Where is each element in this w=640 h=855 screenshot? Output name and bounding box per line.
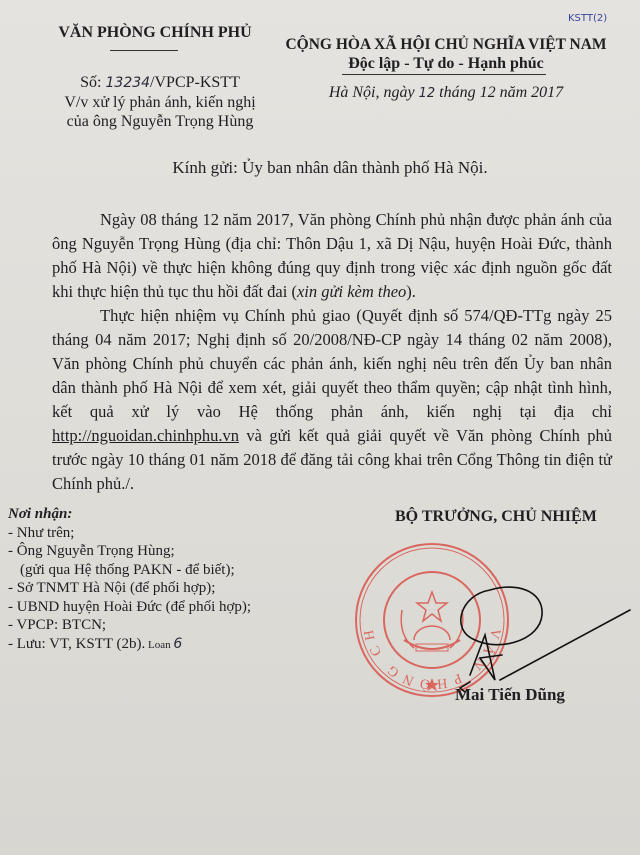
document-number-prefix: Số: (80, 74, 105, 91)
date-day-handwritten: 12 (419, 86, 436, 101)
header-divider-left (110, 50, 178, 51)
distribution-list: Nơi nhận: - Như trên; - Ông Nguyễn Trọng… (8, 505, 328, 654)
archive-copies-handwritten: 6 (173, 636, 182, 652)
signature-icon (430, 570, 640, 700)
addressee-line: Kính gửi: Ủy ban nhân dân thành phố Hà N… (30, 158, 630, 178)
body-paragraph-1: Ngày 08 tháng 12 năm 2017, Văn phòng Chí… (52, 208, 612, 304)
portal-link[interactable]: http://nguoidan.chinhphu.vn (52, 426, 239, 445)
distribution-item: - VPCP: BTCN; (8, 616, 328, 635)
date-suffix: tháng 12 năm 2017 (435, 84, 563, 101)
paragraph-1-attachment-note: xin gửi kèm theo (297, 282, 406, 301)
distribution-item: - UBND huyện Hoài Đức (để phối hợp); (8, 598, 328, 617)
document-number-handwritten: 13234 (106, 75, 151, 91)
archive-text: - Lưu: VT, KSTT (2b). (8, 636, 145, 652)
subject-line-2: của ông Nguyễn Trọng Hùng (40, 112, 280, 131)
signer-title: BỘ TRƯỞNG, CHỦ NHIỆM (395, 508, 635, 526)
body-paragraph-2: Thực hiện nhiệm vụ Chính phủ giao (Quyết… (52, 304, 612, 496)
archive-clerk: Loan (145, 639, 173, 651)
national-title: CỘNG HÒA XÃ HỘI CHỦ NGHĨA VIỆT NAM (276, 36, 616, 54)
handwritten-corner-note: KSTT(2) (568, 13, 607, 24)
signer-name: Mai Tiến Dũng (455, 685, 565, 705)
document-number-suffix: /VPCP-KSTT (150, 74, 240, 91)
paragraph-2-text: Thực hiện nhiệm vụ Chính phủ giao (Quyết… (52, 306, 612, 421)
date-prefix: Hà Nội, ngày (329, 84, 419, 101)
distribution-item: - Như trên; (8, 524, 328, 543)
issue-date: Hà Nội, ngày 12 tháng 12 năm 2017 (276, 84, 616, 102)
distribution-item: (gửi qua Hệ thống PAKN - để biết); (8, 561, 328, 580)
distribution-item: - Ông Nguyễn Trọng Hùng; (8, 542, 328, 561)
national-motto: Độc lập - Tự do - Hạnh phúc (276, 55, 616, 73)
document-subject: V/v xử lý phản ánh, kiến nghị của ông Ng… (40, 93, 280, 131)
header-divider-right (342, 74, 546, 75)
distribution-title: Nơi nhận: (8, 505, 328, 524)
issuing-organization: VĂN PHÒNG CHÍNH PHỦ (50, 24, 260, 42)
paragraph-1-end: ). (406, 282, 416, 301)
distribution-item: - Sở TNMT Hà Nội (để phối hợp); (8, 579, 328, 598)
archive-line: - Lưu: VT, KSTT (2b). Loan 6 (8, 635, 328, 655)
document-number: Số: 13234/VPCP-KSTT (55, 74, 265, 92)
subject-line-1: V/v xử lý phản ánh, kiến nghị (40, 93, 280, 112)
